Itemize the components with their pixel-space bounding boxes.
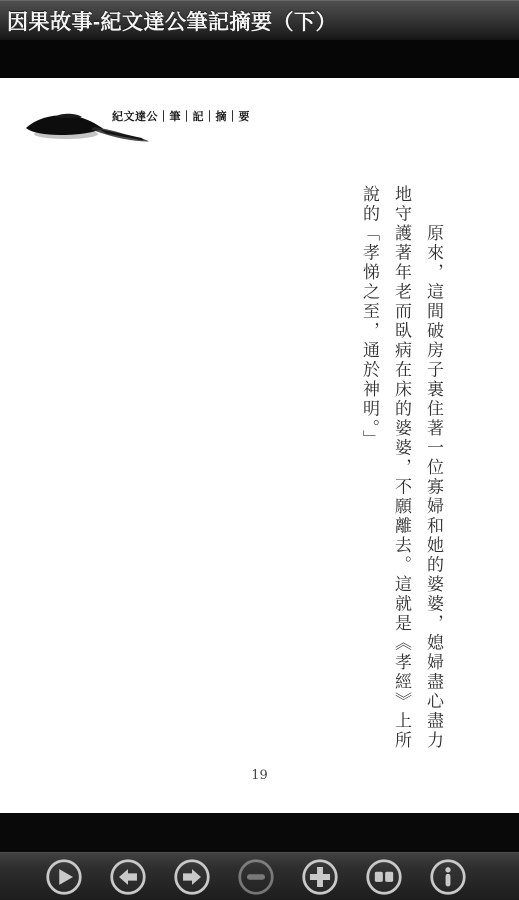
text-column-3: 說的「孝悌之至，通於神明。」	[353, 185, 385, 763]
minus-icon	[237, 858, 275, 896]
info-button[interactable]	[429, 858, 467, 896]
text-column-2: 地守護著年老而臥病在床的婆婆，不願離去。這就是《孝經》上所	[385, 185, 417, 763]
next-page-button[interactable]	[173, 858, 211, 896]
page-number: 19	[0, 768, 519, 783]
logo-caption: 紀文達公｜筆｜記｜摘｜要	[112, 108, 262, 124]
paragraph-vertical-text: 原來，這間破房子裏住著一位寡婦和她的婆婆，媳婦盡心盡力 地守護著年老而臥病在床的…	[353, 185, 449, 763]
page-overview-button[interactable]	[365, 858, 403, 896]
text-column-1: 原來，這間破房子裏住著一位寡婦和她的婆婆，媳婦盡心盡力	[417, 185, 449, 763]
play-button[interactable]	[45, 858, 83, 896]
book-page[interactable]: 紀文達公｜筆｜記｜摘｜要 原來，這間破房子裏住著一位寡婦和她的婆婆，媳婦盡心盡力…	[0, 78, 519, 813]
pages-icon	[365, 858, 403, 896]
window-title: 因果故事-紀文達公筆記摘要（下）	[0, 6, 337, 36]
navigation-toolbar	[0, 852, 519, 900]
zoom-out-button[interactable]	[237, 858, 275, 896]
app-screen: 因果故事-紀文達公筆記摘要（下） 紀文達公｜筆｜記｜摘｜要 原來，這間破房子裏住…	[0, 0, 519, 900]
zoom-in-button[interactable]	[301, 858, 339, 896]
title-bar: 因果故事-紀文達公筆記摘要（下）	[0, 0, 519, 40]
bottom-letterbox	[0, 813, 519, 852]
top-letterbox	[0, 40, 519, 78]
previous-page-button[interactable]	[109, 858, 147, 896]
play-icon	[45, 858, 83, 896]
arrow-left-icon	[109, 858, 147, 896]
plus-icon	[301, 858, 339, 896]
arrow-right-icon	[173, 858, 211, 896]
info-icon	[429, 858, 467, 896]
